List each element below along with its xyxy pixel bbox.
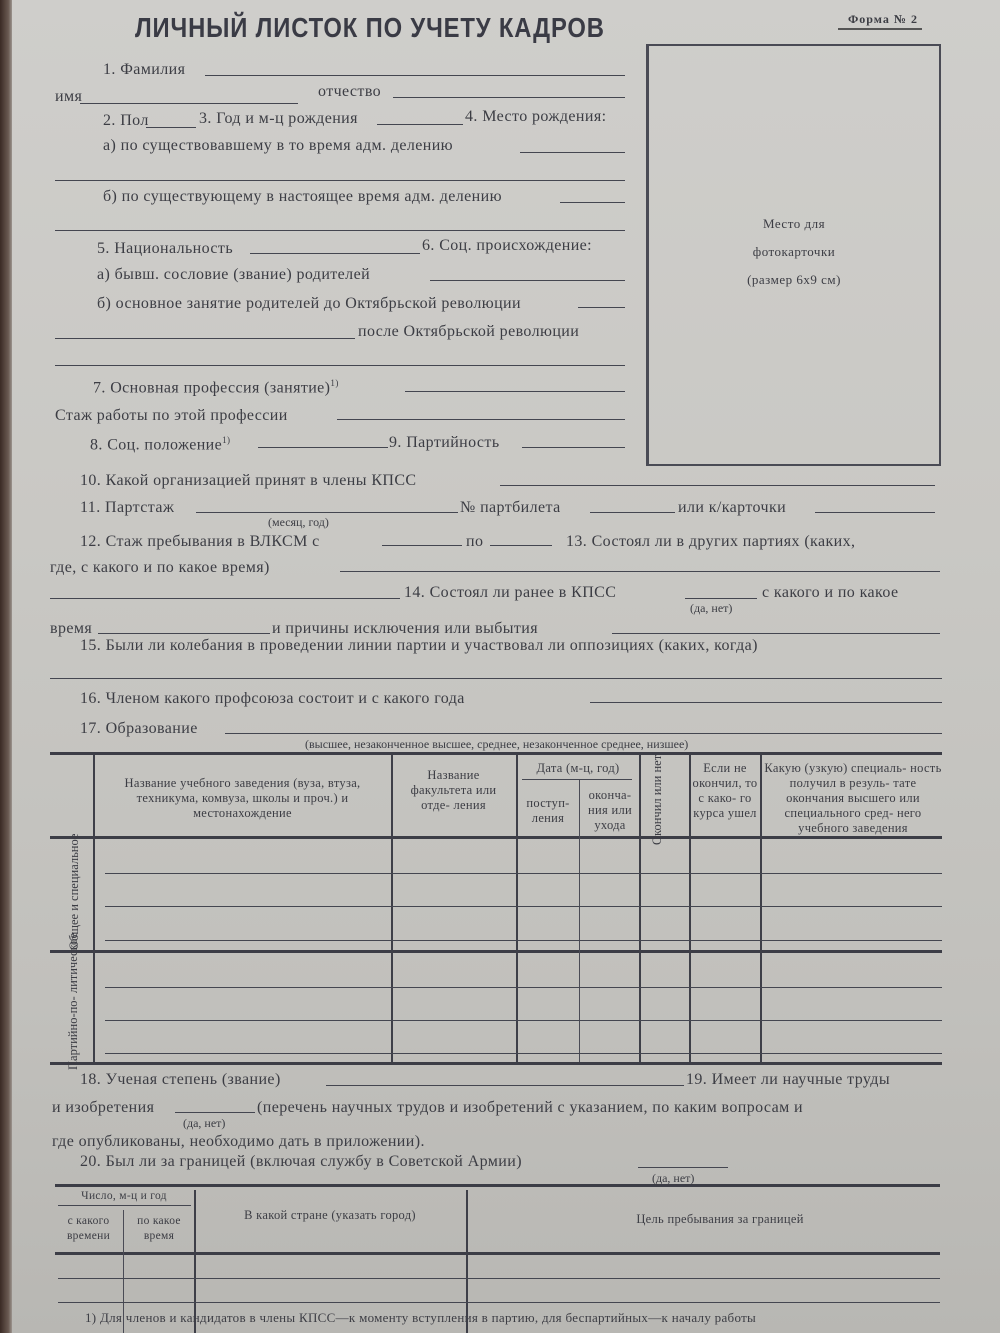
label-profession: 7. Основная профессия (занятие)1): [93, 378, 339, 397]
label-q13-cont: где, с какого и по какое время): [50, 559, 270, 577]
label-vlksm-to: по: [466, 533, 483, 551]
photo-placeholder: Место для фотокарточки (размер 6x9 см): [646, 44, 941, 466]
origin-b-field[interactable]: [578, 307, 625, 308]
party-card-field[interactable]: [590, 512, 675, 513]
hint-yes-no: (да, нет): [690, 601, 732, 616]
th-date-group: Дата (м-ц, год): [518, 761, 638, 776]
name-field[interactable]: [80, 103, 298, 104]
abroad-table-header-bottom: [55, 1252, 940, 1255]
footnote-ref: 1): [330, 378, 338, 388]
birthplace-b-field[interactable]: [560, 202, 625, 203]
surname-field[interactable]: [205, 75, 625, 76]
label-surname: 1. Фамилия: [103, 61, 185, 79]
education-row[interactable]: [105, 987, 942, 988]
label-q13: 13. Состоял ли в других партиях (каких,: [566, 533, 855, 551]
sex-field[interactable]: [146, 127, 196, 128]
label-partystazh: 11. Партстаж: [80, 499, 174, 517]
education-row[interactable]: [105, 1053, 942, 1054]
birthplace-a-field-2[interactable]: [55, 180, 625, 181]
nationality-field[interactable]: [250, 253, 420, 254]
label-vlksm: 12. Стаж пребывания в ВЛКСМ с: [80, 533, 320, 551]
label-q16: 16. Членом какого профсоюза состоит и с …: [80, 690, 465, 708]
label-q20: 20. Был ли за границей (включая службу в…: [80, 1153, 522, 1171]
birthplace-a-field[interactable]: [520, 152, 625, 153]
q14-reason-field[interactable]: [612, 633, 940, 634]
date-group-underline: [522, 779, 632, 780]
label-origin-a: а) бывш. сословие (звание) родителей: [97, 266, 370, 284]
th-date-enter: поступ- ления: [518, 796, 578, 826]
partystazh-field[interactable]: [196, 512, 458, 513]
education-table-top: [50, 752, 942, 755]
vlksm-to-field[interactable]: [490, 545, 552, 546]
abroad-row[interactable]: [58, 1278, 940, 1279]
th-faculty: Название факультета или отде- ления: [396, 768, 511, 813]
k-card-field[interactable]: [815, 512, 935, 513]
th-abroad-from: с какого времени: [55, 1214, 122, 1244]
social-status-field[interactable]: [258, 447, 388, 448]
profession-text: 7. Основная профессия (занятие): [93, 379, 330, 396]
col-divider: [760, 755, 762, 1062]
label-name: имя: [55, 88, 82, 106]
footnote: 1) Для членов и кандидатов в члены КПСС—…: [85, 1310, 756, 1326]
col-divider: [391, 755, 393, 1062]
abroad-row[interactable]: [58, 1302, 940, 1303]
education-table-header-bottom: [50, 836, 942, 839]
hint-month-year: (месяц, год): [268, 515, 329, 530]
label-patronymic: отчество: [318, 83, 381, 101]
origin-b-field-2[interactable]: [55, 338, 355, 339]
th-finished: Окончил или нет: [650, 755, 680, 845]
label-birthplace-a: а) по существовавшему в то время адм. де…: [103, 137, 453, 155]
label-q17: 17. Образование: [80, 720, 198, 738]
date-group-underline: [58, 1205, 191, 1206]
label-nationality: 5. Национальность: [97, 240, 233, 258]
th-abroad-purpose: Цель пребывания за границей: [520, 1212, 920, 1227]
q20-field[interactable]: [638, 1167, 728, 1168]
label-party-card: № партбилета: [460, 499, 561, 517]
label-origin-after: после Октябрьской революции: [358, 323, 579, 341]
education-field[interactable]: [225, 733, 942, 734]
hint-education-levels: (высшее, незаконченное высшее, среднее, …: [305, 737, 688, 752]
label-q19-note: (перечень научных трудов и изобретений с…: [257, 1099, 803, 1117]
label-q15: 15. Были ли колебания в проведении линии…: [80, 637, 758, 655]
label-origin-b: б) основное занятие родителей до Октябрь…: [97, 295, 521, 313]
profession-field[interactable]: [405, 391, 625, 392]
col-divider: [639, 755, 641, 1062]
hint-q19-yes-no: (да, нет): [183, 1116, 225, 1131]
th-institution: Название учебного заведения (вуза, втуза…: [100, 776, 385, 821]
q18-field[interactable]: [326, 1085, 684, 1086]
photo-label-3: (размер 6x9 см): [649, 272, 939, 288]
label-q14: 14. Состоял ли ранее в КПСС: [404, 584, 616, 602]
q16-field[interactable]: [590, 702, 942, 703]
page-title: ЛИЧНЫЙ ЛИСТОК ПО УЧЕТУ КАДРОВ: [135, 12, 605, 44]
label-social-status: 8. Соц. положение1): [90, 435, 230, 454]
birthplace-b-field-2[interactable]: [55, 230, 625, 231]
photo-label-2: фотокарточки: [649, 244, 939, 260]
label-q14-time: время: [50, 620, 92, 638]
experience-field[interactable]: [337, 419, 625, 420]
q19-field[interactable]: [175, 1112, 255, 1113]
footnote-ref: 1): [222, 435, 230, 445]
th-abroad-date-group: Число, м-ц и год: [55, 1189, 193, 1204]
label-q19-cont: и изобретения: [52, 1099, 154, 1117]
birth-date-field[interactable]: [377, 124, 463, 125]
origin-a-field[interactable]: [430, 280, 625, 281]
patronymic-field[interactable]: [393, 97, 625, 98]
th-speciality: Какую (узкую) специаль- ность получил в …: [763, 761, 943, 836]
q15-field[interactable]: [50, 678, 942, 679]
row-group-political: Партийно-по- литическое: [66, 940, 96, 1070]
label-experience: Стаж работы по этой профессии: [55, 407, 288, 425]
education-row[interactable]: [105, 906, 942, 907]
label-birthplace-b: б) по существующему в настоящее время ад…: [103, 188, 502, 206]
th-abroad-country: В какой стране (указать город): [240, 1208, 420, 1223]
education-row[interactable]: [105, 873, 942, 874]
label-sex: 2. Пол: [103, 112, 149, 130]
th-date-leave: оконча- ния или ухода: [581, 788, 639, 833]
education-table-divider: [50, 950, 942, 953]
q14-field[interactable]: [685, 598, 757, 599]
label-q18: 18. Ученая степень (звание): [80, 1071, 281, 1089]
origin-after-field[interactable]: [55, 365, 625, 366]
label-q19-note2: где опубликованы, необходимо дать в прил…: [52, 1133, 425, 1151]
label-q19: 19. Имеет ли научные труды: [686, 1071, 890, 1089]
label-social-origin: 6. Соц. происхождение:: [422, 237, 592, 255]
party-field[interactable]: [522, 447, 625, 448]
education-row[interactable]: [105, 940, 942, 941]
form-number: Форма № 2: [838, 12, 922, 30]
label-q10: 10. Какой организацией принят в члены КП…: [80, 472, 417, 490]
q10-field[interactable]: [500, 485, 935, 486]
label-k-card: или к/карточки: [678, 499, 786, 517]
q13-field-2[interactable]: [50, 598, 400, 599]
photo-label-1: Место для: [649, 216, 939, 232]
abroad-table-top: [55, 1184, 940, 1187]
vlksm-from-field[interactable]: [382, 545, 462, 546]
label-party: 9. Партийность: [389, 434, 500, 452]
th-abroad-to: по какое время: [125, 1214, 193, 1244]
label-birth-date: 3. Год и м-ц рождения: [199, 110, 358, 128]
q13-field[interactable]: [340, 571, 940, 572]
education-row[interactable]: [105, 1020, 942, 1021]
education-table-bottom: [50, 1062, 942, 1065]
label-birthplace: 4. Место рождения:: [465, 108, 606, 126]
social-status-text: 8. Соц. положение: [90, 436, 222, 453]
q14-time-field[interactable]: [98, 633, 270, 634]
th-course: Если не окончил, то с како- го курса уше…: [691, 761, 759, 821]
label-q14-from: с какого и по какое: [762, 584, 898, 602]
label-q14-reason: и причины исключения или выбытия: [272, 620, 538, 638]
